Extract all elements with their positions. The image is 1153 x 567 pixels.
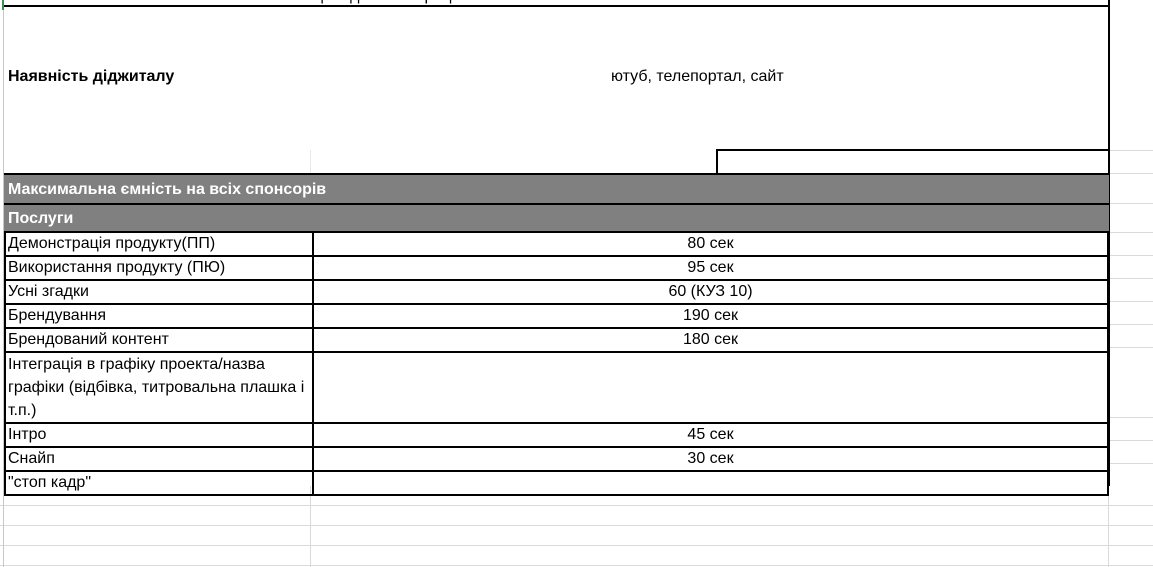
services-table: Демонстрація продукту(ПП)80 секВикориста… [4, 231, 1109, 496]
cell-border [4, 5, 1109, 7]
service-value-cell[interactable]: 30 сек [313, 447, 1108, 471]
service-name-cell[interactable]: Демонстрація продукту(ПП) [5, 232, 313, 256]
service-name-cell[interactable]: Усні згадки [5, 280, 313, 304]
gridline [1109, 417, 1153, 418]
service-value-cell[interactable]: 80 сек [313, 232, 1108, 256]
gridline [1108, 486, 1109, 567]
gridline [0, 505, 1153, 506]
service-value-cell[interactable] [313, 352, 1108, 423]
table-row: Усні згадки60 (КУЗ 10) [5, 280, 1108, 304]
service-name-cell[interactable]: Інтеграція в графіку проекта/назва графі… [5, 352, 313, 423]
gridline [1109, 278, 1153, 279]
digital-label-cell[interactable]: Наявність діджиталу [8, 68, 174, 86]
gridline [1109, 347, 1153, 348]
service-value-cell[interactable]: 60 (КУЗ 10) [313, 280, 1108, 304]
gridline [0, 565, 1153, 566]
table-row: Снайп30 сек [5, 447, 1108, 471]
gridline [1109, 463, 1153, 464]
gridline [1109, 440, 1153, 441]
max-capacity-header[interactable]: Максимальна ємність на всіх спонсорів [4, 173, 1109, 204]
service-name-cell[interactable]: Інтро [5, 423, 313, 447]
service-name-cell[interactable]: Брендований контент [5, 328, 313, 352]
service-value-cell[interactable]: 180 сек [313, 328, 1108, 352]
service-name-cell[interactable]: Використання продукту (ПЮ) [5, 256, 313, 280]
service-name-cell[interactable]: "стоп кадр" [5, 471, 313, 495]
gridline [1109, 232, 1153, 233]
service-name-cell[interactable]: Снайп [5, 447, 313, 471]
gridline [1109, 173, 1153, 174]
digital-value-cell[interactable]: ютуб, телепортал, сайт [611, 68, 784, 86]
service-value-cell[interactable]: 190 сек [313, 304, 1108, 328]
gridline [1109, 301, 1153, 302]
gridline [310, 486, 311, 567]
table-row: Інтро45 сек [5, 423, 1108, 447]
table-row: Брендований контент180 сек [5, 328, 1108, 352]
service-value-cell[interactable] [313, 471, 1108, 495]
gridline [1109, 324, 1153, 325]
table-row: Використання продукту (ПЮ)95 сек [5, 256, 1108, 280]
table-row: "стоп кадр" [5, 471, 1108, 495]
services-header[interactable]: Послуги [4, 203, 1109, 232]
gridline [1109, 203, 1153, 204]
gridline [0, 545, 1153, 546]
gridline [1109, 255, 1153, 256]
table-row: Демонстрація продукту(ПП)80 сек [5, 232, 1108, 256]
service-name-cell[interactable]: Брендування [5, 304, 313, 328]
gridline [310, 150, 311, 174]
gridline [1109, 150, 1153, 151]
service-value-cell[interactable]: 45 сек [313, 423, 1108, 447]
empty-cell[interactable] [716, 149, 1109, 174]
gridline [0, 525, 1153, 526]
table-row: Брендування190 сек [5, 304, 1108, 328]
service-value-cell[interactable]: 95 сек [313, 256, 1108, 280]
table-row: Інтеграція в графіку проекта/назва графі… [5, 352, 1108, 423]
